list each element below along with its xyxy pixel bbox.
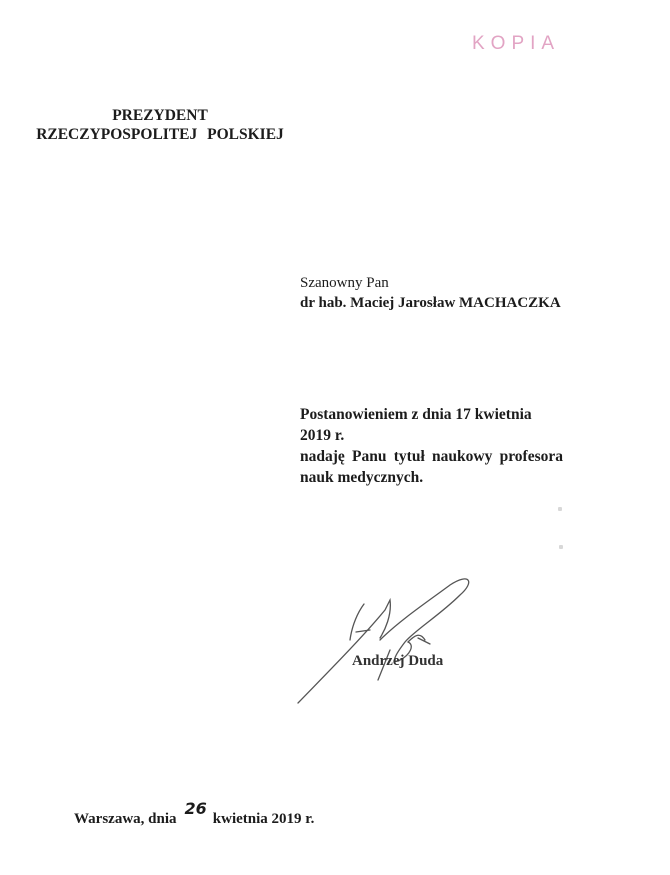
- scan-artifact: [558, 507, 562, 511]
- body-text: nadaję Panu tytuł naukowy profesora nauk…: [260, 446, 563, 488]
- copy-stamp: KOPIA: [472, 33, 560, 55]
- body-first-line: Postanowieniem z dnia 17 kwietnia 2019 r…: [260, 404, 565, 446]
- letterhead-title: PREZYDENT: [30, 106, 290, 125]
- place-prefix: Warszawa, dnia: [74, 811, 177, 827]
- addressee-name: dr hab. Maciej Jarosław MACHACZKA: [300, 293, 561, 313]
- scan-artifact: [559, 545, 563, 549]
- signer-name: Andrzej Duda: [352, 653, 443, 670]
- date-line: Warszawa, dnia26kwietnia 2019 r.: [74, 808, 314, 828]
- letterhead-subtitle: RZECZYPOSPOLITEJ POLSKIEJ: [30, 125, 290, 144]
- letterhead: PREZYDENT RZECZYPOSPOLITEJ POLSKIEJ: [30, 106, 290, 144]
- date-suffix: kwietnia 2019 r.: [213, 811, 315, 827]
- addressee-block: Szanowny Pan dr hab. Maciej Jarosław MAC…: [300, 273, 561, 313]
- letter-body: Postanowieniem z dnia 17 kwietnia 2019 r…: [260, 404, 565, 488]
- salutation: Szanowny Pan: [300, 273, 561, 293]
- signature-icon: [290, 570, 490, 710]
- handwritten-day: 26: [185, 799, 207, 818]
